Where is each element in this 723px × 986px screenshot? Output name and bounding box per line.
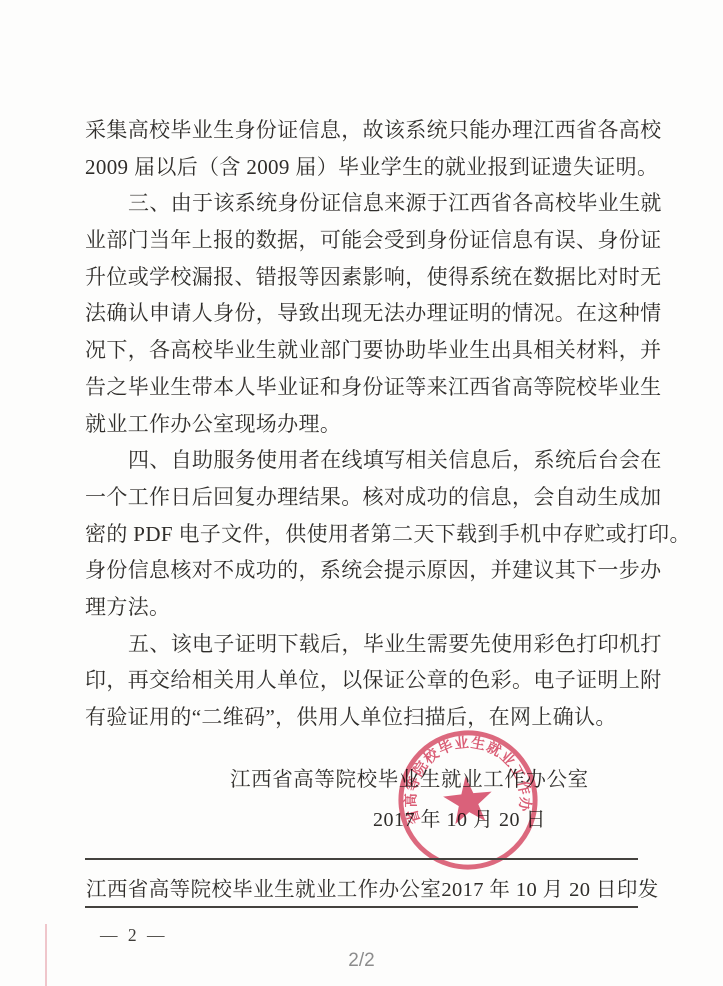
body-line: 采集高校毕业生身份证信息，故该系统只能办理江西省各高校 bbox=[85, 112, 645, 149]
body-line: 升位或学校漏报、错报等因素影响，使得系统在数据比对时无 bbox=[85, 259, 645, 296]
page-number: — 2 — bbox=[100, 925, 168, 946]
body-line: 四、自助服务使用者在线填写相关信息后，系统后台会在 bbox=[85, 442, 645, 479]
body-line: 况下，各高校毕业生就业部门要协助毕业生出具相关材料，并 bbox=[85, 332, 645, 369]
footer-org: 江西省高等院校毕业生就业工作办公室 bbox=[86, 872, 441, 902]
body-line: 五、该电子证明下载后，毕业生需要先使用彩色打印机打 bbox=[85, 626, 645, 663]
footer-rule-bottom bbox=[85, 906, 638, 908]
body-line: 理方法。 bbox=[85, 589, 645, 626]
body-line: 就业工作办公室现场办理。 bbox=[85, 406, 645, 443]
footer-print-date: 2017 年 10 月 20 日印发 bbox=[441, 872, 658, 902]
official-seal: 江西省高等院校毕业生就业工作办公室 bbox=[387, 719, 550, 882]
body-line: 业部门当年上报的数据，可能会受到身份证信息有误、身份证 bbox=[85, 222, 645, 259]
body-line: 一个工作日后回复办理结果。核对成功的信息，会自动生成加 bbox=[85, 479, 645, 516]
footer-row: 江西省高等院校毕业生就业工作办公室 2017 年 10 月 20 日印发 bbox=[86, 872, 639, 902]
body-line: 三、由于该系统身份证信息来源于江西省各高校毕业生就 bbox=[85, 185, 645, 222]
body-line: 告之毕业生带本人毕业证和身份证等来江西省高等院校毕业生 bbox=[85, 369, 645, 406]
body-line: 法确认申请人身份，导致出现无法办理证明的情况。在这种情 bbox=[85, 295, 645, 332]
body-line: 身份信息核对不成功的，系统会提示原因，并建议其下一步办 bbox=[85, 552, 645, 589]
body-line: 印，再交给相关用人单位，以保证公章的色彩。电子证明上附 bbox=[85, 662, 645, 699]
body-line: 密的 PDF 电子文件，供使用者第二天下载到手机中存贮或打印。 bbox=[85, 516, 645, 553]
scanned-page: 采集高校毕业生身份证信息，故该系统只能办理江西省各高校 2009 届以后（含 2… bbox=[0, 0, 723, 986]
body-line: 有验证用的“二维码”，供用人单位扫描后，在网上确认。 bbox=[85, 699, 645, 736]
body-line: 2009 届以后（含 2009 届）毕业学生的就业报到证遗失证明。 bbox=[85, 149, 645, 186]
scan-artifact-line bbox=[45, 924, 47, 986]
pager-indicator: 2/2 bbox=[0, 950, 723, 972]
footer-rule-top bbox=[85, 858, 638, 860]
document-body: 采集高校毕业生身份证信息，故该系统只能办理江西省各高校 2009 届以后（含 2… bbox=[85, 112, 645, 736]
seal-star-icon bbox=[441, 774, 494, 825]
